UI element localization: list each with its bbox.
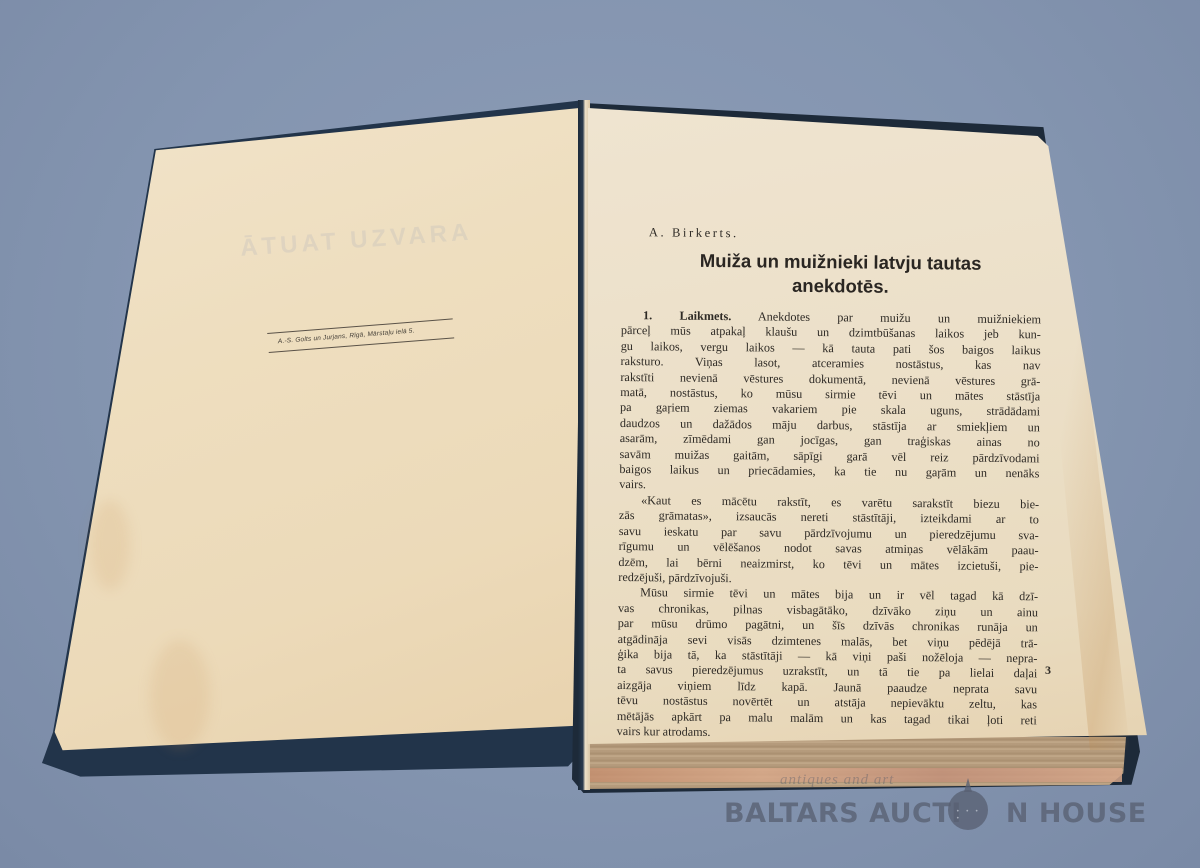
author-name: A. Birkerts. [649, 225, 1042, 244]
watermark-tagline: antiques and art [780, 772, 894, 789]
watermark-brand: BALTARS AUCTIN HOUSE [724, 798, 1147, 829]
paper-stain [90, 500, 130, 590]
left-endpaper [52, 108, 582, 758]
watermark-brand-tail: N HOUSE [1006, 798, 1147, 829]
paragraph-3: Mūsu sirmie tēvi un mātes bija un ir vēl… [617, 585, 1039, 743]
page-text: A. Birkerts. Muiža un muižnieki latvju t… [617, 225, 1042, 744]
watermark-brand-head: BALTARS AUCTI [724, 798, 962, 829]
paper-stain [150, 640, 210, 750]
paragraph-1: 1. Laikmets. Anekdotes par muižu un muiž… [619, 308, 1041, 497]
page-number: 3 [1045, 663, 1051, 678]
book-photo: ĀTUAT UZVARA A.-S. Golts un Jurjans, Rīg… [0, 0, 1200, 868]
logo-dots: • • • • [956, 808, 988, 822]
watermark-logo-icon: • • • • [948, 790, 988, 830]
chapter-title: Muiža un muižnieki latvju tautas anekdot… [639, 248, 1041, 300]
section-label: 1. Laikmets. [643, 308, 731, 323]
chapter-title-line: Muiža un muižnieki latvju tautas [640, 248, 1042, 276]
chapter-title-line: anekdotēs. [639, 272, 1041, 300]
paragraph-2: «Kaut es mācētu rakstīt, es varētu sarak… [618, 493, 1039, 590]
